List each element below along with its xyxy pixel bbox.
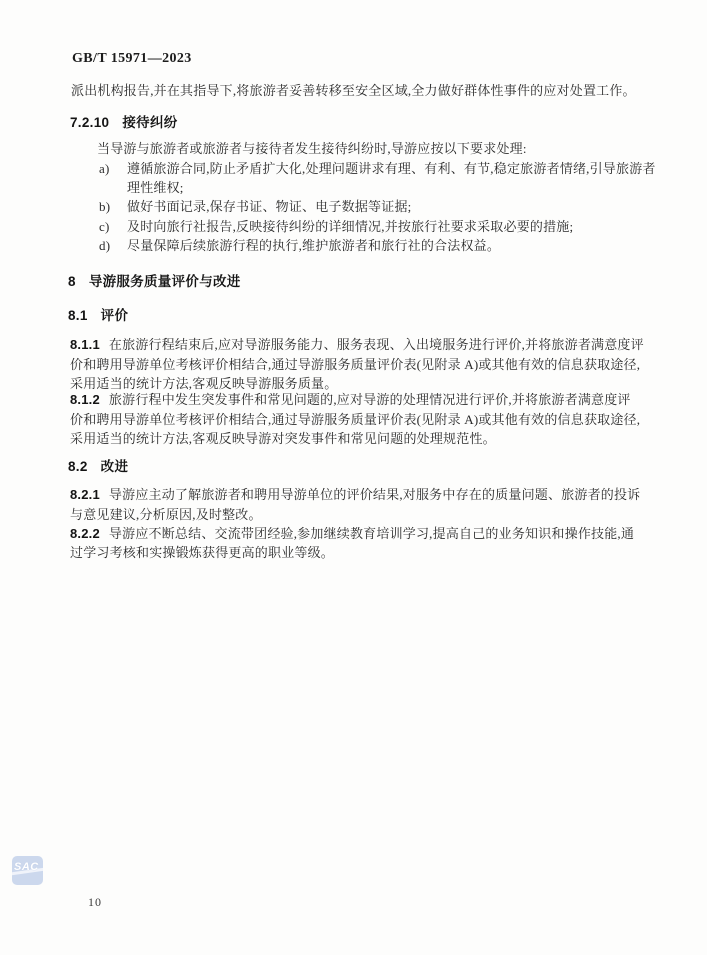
list-item-d-text: 尽量保障后续旅游行程的执行,维护旅游者和旅行社的合法权益。 <box>127 238 500 253</box>
clause-8-1-1-line-1: 8.1.1在旅游行程结束后,应对导游服务能力、服务表现、入出境服务进行评价,并将… <box>70 337 644 352</box>
heading-8: 8导游服务质量评价与改进 <box>68 274 241 289</box>
heading-7-2-10-title: 接待纠纷 <box>122 115 177 130</box>
clause-8-2-2-number: 8.2.2 <box>70 526 100 541</box>
list-item-c: c)及时向旅行社报告,反映接待纠纷的详细情况,并按旅行社要求采取必要的措施; <box>99 219 573 234</box>
heading-7-2-10-number: 7.2.10 <box>70 115 109 130</box>
clause-8-1-2-line-2: 价和聘用导游单位考核评价相结合,通过导游服务质量评价表(见附录 A)或其他有效的… <box>70 412 640 427</box>
sac-logo-text: SAC <box>14 861 39 873</box>
clause-8-1-2-text: 旅游行程中发生突发事件和常见问题的,应对导游的处理情况进行评价,并将旅游者满意度… <box>109 392 631 407</box>
heading-8-1-title: 评价 <box>101 308 129 323</box>
page-number: 10 <box>88 895 102 910</box>
clause-8-2-2-text: 导游应不断总结、交流带团经验,参加继续教育培训学习,提高自己的业务知识和操作技能… <box>109 526 634 541</box>
paragraph-continuation: 派出机构报告,并在其指导下,将旅游者妥善转移至安全区域,全力做好群体性事件的应对… <box>71 83 636 98</box>
clause-8-1-1-line-3: 采用适当的统计方法,客观反映导游服务质量。 <box>70 376 337 391</box>
list-item-d: d)尽量保障后续旅游行程的执行,维护旅游者和旅行社的合法权益。 <box>99 238 500 253</box>
clause-8-1-2-line-1: 8.1.2旅游行程中发生突发事件和常见问题的,应对导游的处理情况进行评价,并将旅… <box>70 392 631 407</box>
clause-8-2-1-number: 8.2.1 <box>70 487 100 502</box>
list-marker-a: a) <box>99 161 127 176</box>
list-item-a-text: 遵循旅游合同,防止矛盾扩大化,处理问题讲求有理、有利、有节,稳定旅游者情绪,引导… <box>127 161 656 176</box>
clause-7-2-10-intro: 当导游与旅游者或旅游者与接待者发生接待纠纷时,导游应按以下要求处理: <box>97 141 527 156</box>
list-item-a-line-2: 理性维权; <box>127 180 184 195</box>
clause-8-2-2-line-2: 过学习考核和实操锻炼获得更高的职业等级。 <box>70 545 334 560</box>
list-item-c-text: 及时向旅行社报告,反映接待纠纷的详细情况,并按旅行社要求采取必要的措施; <box>127 219 573 234</box>
heading-8-number: 8 <box>68 274 76 289</box>
clause-8-2-1-line-2: 与意见建议,分析原因,及时整改。 <box>70 507 262 522</box>
clause-8-1-2-number: 8.1.2 <box>70 392 100 407</box>
sac-watermark-logo: SAC <box>12 856 43 885</box>
list-marker-d: d) <box>99 238 127 253</box>
list-item-a-line-1: a)遵循旅游合同,防止矛盾扩大化,处理问题讲求有理、有利、有节,稳定旅游者情绪,… <box>99 161 656 176</box>
clause-8-1-1-line-2: 价和聘用导游单位考核评价相结合,通过导游服务质量评价表(见附录 A)或其他有效的… <box>70 357 640 372</box>
clause-8-1-2-line-3: 采用适当的统计方法,客观反映导游对突发事件和常见问题的处理规范性。 <box>70 431 496 446</box>
clause-8-2-1-line-1: 8.2.1导游应主动了解旅游者和聘用导游单位的评价结果,对服务中存在的质量问题、… <box>70 487 640 502</box>
standard-document-page: GB/T 15971—2023 派出机构报告,并在其指导下,将旅游者妥善转移至安… <box>0 0 707 955</box>
clause-8-1-1-number: 8.1.1 <box>70 337 100 352</box>
list-marker-c: c) <box>99 219 127 234</box>
clause-8-2-2-line-1: 8.2.2导游应不断总结、交流带团经验,参加继续教育培训学习,提高自己的业务知识… <box>70 526 634 541</box>
doc-code-header: GB/T 15971—2023 <box>72 51 192 67</box>
heading-8-2-title: 改进 <box>101 459 129 474</box>
list-marker-b: b) <box>99 199 127 214</box>
heading-8-title: 导游服务质量评价与改进 <box>89 274 241 289</box>
clause-8-2-1-text: 导游应主动了解旅游者和聘用导游单位的评价结果,对服务中存在的质量问题、旅游者的投… <box>109 487 640 502</box>
heading-8-2: 8.2改进 <box>68 459 128 474</box>
heading-8-2-number: 8.2 <box>68 459 88 474</box>
list-item-b-text: 做好书面记录,保存书证、物证、电子数据等证据; <box>127 199 411 214</box>
list-item-b: b)做好书面记录,保存书证、物证、电子数据等证据; <box>99 199 411 214</box>
heading-8-1-number: 8.1 <box>68 308 88 323</box>
clause-8-1-1-text: 在旅游行程结束后,应对导游服务能力、服务表现、入出境服务进行评价,并将旅游者满意… <box>109 337 644 352</box>
heading-8-1: 8.1评价 <box>68 308 128 323</box>
heading-7-2-10: 7.2.10接待纠纷 <box>70 115 178 130</box>
